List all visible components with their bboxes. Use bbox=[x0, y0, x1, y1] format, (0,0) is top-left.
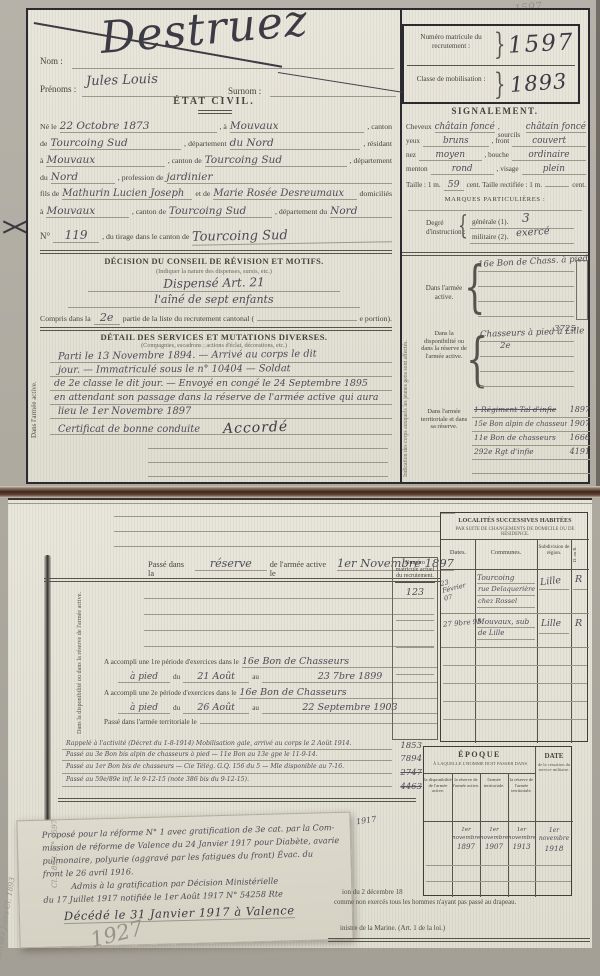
periode-2-label: A accompli une 2e période d'exercices da… bbox=[104, 689, 236, 697]
residence-canton-value: Tourcoing Sud bbox=[205, 154, 347, 167]
blank-rule bbox=[443, 683, 587, 684]
birth-departement-value: du Nord bbox=[230, 137, 361, 150]
localites-header-line bbox=[441, 539, 589, 540]
territoriale-number-2: 1907 bbox=[570, 419, 590, 428]
epoque-value-reserve-month: 1er novembre bbox=[452, 827, 480, 841]
taille-rectifiee-blank bbox=[545, 185, 569, 187]
decision-line-2: l'aîné de sept enfants bbox=[114, 293, 314, 306]
periode-2-debut-value: 26 Août bbox=[183, 702, 249, 714]
instruction-militaire-label: militaire (2). bbox=[472, 233, 508, 241]
front-value: couvert bbox=[512, 136, 586, 147]
rappel-line-2: Passé au 3e Bon bis alpin de chasseurs à… bbox=[66, 751, 318, 758]
localites-row1-subdivision: Lille bbox=[539, 575, 561, 588]
localites-row1-dr: R bbox=[575, 574, 582, 585]
services-line-3: de 2e classe le dit jour. — Envoyé en co… bbox=[54, 378, 368, 389]
etat-civil-line-5: fils de Mathurin Lucien Joseph et de Mar… bbox=[40, 188, 392, 200]
numero-matricule-actuel-box: Numéro matricule actuel du recrutement. … bbox=[392, 557, 438, 740]
classe-value: 1893 bbox=[509, 69, 568, 97]
epoque-col-2: la réserve de l'armée active. bbox=[452, 777, 480, 788]
bouche-label: , bouche bbox=[485, 151, 509, 159]
de-label: de bbox=[40, 139, 47, 148]
cell-rule bbox=[477, 627, 535, 628]
disponibilite-matricule-number: 3725 bbox=[554, 324, 576, 334]
numero-matricule-actuel-value: 123 bbox=[393, 587, 437, 598]
matricule-brace bbox=[494, 30, 505, 60]
departement-du-label: , département du bbox=[275, 207, 327, 216]
localites-col-communes: Communes. bbox=[475, 549, 537, 556]
territoriale-number-3: 1666 bbox=[570, 433, 590, 442]
canton-de-label: , canton de bbox=[168, 156, 202, 165]
mother-name-value: Marie Rosée Desreumaux bbox=[213, 188, 356, 200]
services-rule bbox=[50, 376, 392, 377]
tirage-text: , du tirage dans le canton de bbox=[102, 232, 189, 241]
epoque-subtitle: À LAQUELLE L'HOMME DOIT PASSER DANS bbox=[426, 761, 534, 766]
localites-vline bbox=[571, 539, 572, 743]
territoriale-number-4: 4191 bbox=[570, 447, 590, 456]
prenoms-value: Jules Louis bbox=[86, 72, 158, 90]
departement-label: , département bbox=[184, 139, 226, 148]
yeux-value: bruns bbox=[423, 136, 489, 147]
nom-value: Destruez bbox=[98, 0, 310, 64]
epoque-value-territoriale-year: 1907 bbox=[485, 843, 503, 851]
taille-rectifiee-label: cent. Taille rectifiée : 1 m. bbox=[467, 181, 542, 189]
matricule-label: Numéro matricule du recrutement : bbox=[407, 33, 495, 52]
etat-civil-line-4: du Nord , profession de jardinier bbox=[40, 171, 392, 184]
scan-edge-shadow bbox=[596, 0, 600, 486]
birth-place-value: Mouvaux bbox=[230, 120, 364, 133]
a-label: à bbox=[40, 156, 43, 165]
localites-row2-subdivision: Lille bbox=[541, 619, 561, 629]
territoriale-entry-1: 1 Régiment Tal d'infie 1897 bbox=[474, 405, 590, 414]
corps-rule bbox=[480, 386, 574, 387]
a-label: , à bbox=[220, 122, 227, 131]
periode-1-label: A accompli une 1re période d'exercices d… bbox=[104, 658, 239, 666]
rappel-rule bbox=[62, 749, 392, 750]
du-label: du bbox=[173, 704, 180, 712]
territoriale-corps-4: 292e Rgt d'infie bbox=[474, 447, 567, 456]
armee-active-corps-value: 16e Bon de Chass. à pied bbox=[478, 254, 588, 270]
services-title: DÉTAIL DES SERVICES ET MUTATIONS DIVERSE… bbox=[28, 332, 400, 342]
services-line-2: jour. — Immatriculé sous le n° 10404 — S… bbox=[58, 363, 291, 376]
services-rule bbox=[50, 418, 392, 419]
classe-label: Classe de mobilisation : bbox=[407, 75, 495, 84]
armee-active-side-label: Dans l'armée active. bbox=[30, 340, 38, 480]
territoriale-corps-1: 1 Régiment Tal d'infie bbox=[474, 405, 567, 414]
visage-value: plein bbox=[522, 164, 586, 175]
localites-row2-commune-2: de Lille bbox=[478, 629, 504, 637]
nom-label: Nom : bbox=[40, 56, 63, 66]
services-line-5: lieu le 1er Novembre 1897 bbox=[58, 406, 191, 417]
birth-canton-value: Tourcoing Sud bbox=[50, 137, 181, 150]
compris-line: Compris dans la 2e partie de la liste du… bbox=[40, 311, 392, 325]
section-rule bbox=[40, 327, 392, 331]
parents-residence-value: Mouvaux bbox=[46, 205, 128, 218]
cell-rule bbox=[477, 595, 535, 596]
etat-civil-flourish bbox=[198, 110, 232, 114]
periode-1-line-1: A accompli une 1re période d'exercices d… bbox=[104, 656, 438, 668]
corps-rule bbox=[472, 473, 590, 474]
passe-territoriale-line: Passé dans l'armée territoriale le bbox=[104, 718, 438, 726]
footnote-3: inistre de la Marine. (Art. 1 de la loi.… bbox=[340, 924, 445, 932]
epoque-value-reserve-territoriale-month: 1er novembre bbox=[508, 827, 536, 841]
cell-rule bbox=[539, 589, 569, 590]
du-label: du bbox=[173, 673, 180, 681]
blank-rule bbox=[114, 546, 440, 547]
ne-le-label: Né le bbox=[40, 122, 57, 131]
residence-departement-value: Nord bbox=[51, 171, 115, 184]
passe-text: de l'armée active le bbox=[270, 560, 334, 578]
residant-label: , résidant bbox=[363, 139, 392, 148]
yeux-label: yeux bbox=[406, 137, 420, 145]
cell-rule bbox=[477, 639, 535, 640]
epoque-col-1: la disponibilité de l'armée active. bbox=[424, 777, 452, 794]
front-label: , front bbox=[492, 137, 510, 145]
decision-rule-2 bbox=[68, 307, 360, 308]
domicilies-label: domiciliés bbox=[360, 189, 392, 198]
epoque-table: ÉPOQUE À LAQUELLE L'HOMME DOIT PASSER DA… bbox=[423, 746, 572, 896]
localites-row2-dr: R bbox=[575, 618, 582, 629]
matricule-box-divider bbox=[407, 65, 575, 66]
localites-col-subdivision: Subdivision de région. bbox=[537, 545, 571, 557]
page-2-verso: Passé dans la réserve de l'armée active … bbox=[8, 498, 592, 948]
periode-1-corps-suite: à pied bbox=[118, 672, 170, 683]
localites-row1-commune: Tourcoing bbox=[477, 573, 515, 582]
instruction-rule bbox=[470, 243, 574, 244]
rappel-rule bbox=[62, 786, 392, 787]
decision-rule-1 bbox=[88, 291, 340, 292]
epoque-value-territoriale-month: 1er novembre bbox=[480, 827, 508, 841]
periode-1-debut-value: 21 Août bbox=[183, 671, 249, 683]
parents-canton-value: Tourcoing Sud bbox=[169, 205, 272, 218]
bloc-territoriale-label: Dans l'armée territoriale et dans sa rés… bbox=[418, 408, 470, 431]
epoque-value-cessation: 1er novembre 1918 bbox=[536, 827, 572, 854]
corps-rule bbox=[478, 271, 574, 272]
corps-rule bbox=[478, 316, 574, 317]
blank-rule bbox=[396, 674, 434, 675]
parents-departement-value: Nord bbox=[330, 205, 392, 218]
rappel-line-1: Rappelé à l'activité (Décret du 1-8-1914… bbox=[66, 740, 352, 747]
au-label: au bbox=[252, 704, 259, 712]
epoque-value-cessation-month: 1er novembre bbox=[539, 827, 569, 842]
marques-blank-rule bbox=[408, 210, 582, 211]
taille-label: Taille : 1 m. bbox=[406, 181, 441, 189]
passe-categorie-value: réserve bbox=[195, 557, 267, 571]
epoque-value-reserve: 1er novembre 1897 bbox=[452, 827, 480, 852]
territoriale-number-1: 1897 bbox=[570, 405, 590, 414]
corps-rule bbox=[472, 431, 590, 432]
name-flourish-tail bbox=[278, 72, 403, 93]
localites-vline bbox=[475, 539, 476, 743]
et-de-label: et de bbox=[195, 189, 210, 198]
decision-subtitle: (Indiquer la nature des dispenses, sursi… bbox=[28, 268, 400, 275]
scanned-military-record: 1597 Nom : Destruez Prénoms : Jules Loui… bbox=[0, 0, 600, 976]
taille-value: 59 bbox=[444, 179, 464, 191]
footnote-1: ion du 2 décembre 18 bbox=[342, 888, 403, 896]
periode-2-corps-suite: à pied bbox=[118, 703, 170, 714]
localites-title: LOCALITÉS SUCCESSIVES HABITÉES bbox=[441, 517, 589, 524]
services-subtitle: (Compagnies, escadrons ; actions d'éclat… bbox=[28, 342, 400, 349]
numero-label: N° bbox=[40, 231, 50, 241]
instruction-generale-value: 3 bbox=[522, 211, 530, 225]
pasted-reform-note: Proposé pour la réforme N° 1 avec gratif… bbox=[16, 812, 353, 949]
compris-blank bbox=[257, 319, 356, 321]
au-label: au bbox=[252, 673, 259, 681]
compris-end: e portion). bbox=[360, 314, 392, 323]
corps-column-caption: Indication des corps auxquels les jeunes… bbox=[403, 336, 409, 482]
numero-box-divider bbox=[395, 582, 435, 583]
localites-row-sep bbox=[441, 647, 589, 648]
blank-rule bbox=[443, 701, 587, 702]
nez-label: nez bbox=[406, 151, 416, 159]
sourcils-value: châtain foncé bbox=[526, 122, 586, 133]
disponibilite-side-label: Dans la disponibilité ou dans la réserve… bbox=[76, 588, 83, 738]
epoque-value-cessation-year: 1918 bbox=[545, 844, 564, 853]
corps-rule bbox=[472, 445, 590, 446]
disponibilite-corps-value-2: 2e bbox=[500, 341, 511, 351]
services-line-1: Parti le 13 Novembre 1894. — Arrivé au c… bbox=[58, 349, 317, 363]
localites-row-sep bbox=[441, 613, 589, 614]
epoque-date-header: DATE bbox=[535, 752, 573, 760]
tirage-canton-value: Tourcoing Sud bbox=[192, 226, 392, 245]
canton-label: , canton bbox=[367, 122, 392, 131]
bouche-value: ordinaire bbox=[512, 150, 586, 161]
top-inner-rule bbox=[8, 503, 592, 504]
corps-rule bbox=[480, 341, 574, 342]
bottom-rule bbox=[328, 938, 590, 942]
fils-de-label: fils de bbox=[40, 189, 59, 198]
blank-rule bbox=[396, 620, 434, 621]
classe-brace bbox=[494, 70, 505, 100]
surnom-label: Surnom : bbox=[228, 86, 261, 96]
blank-rule bbox=[443, 719, 587, 720]
tirage-line: N° 119 , du tirage dans le canton de Tou… bbox=[40, 228, 392, 244]
localites-row1-commune-2: rue Delaquerière bbox=[478, 585, 535, 593]
instruction-militaire-value: exercé bbox=[516, 226, 550, 239]
note-year-annotation: 1917 bbox=[355, 815, 376, 827]
corps-rule bbox=[478, 286, 574, 287]
section-rule bbox=[58, 798, 416, 802]
rappel-number-1: 1853 bbox=[394, 741, 422, 751]
epoque-value-reserve-territoriale-year: 1913 bbox=[513, 843, 531, 851]
rappel-rule bbox=[62, 760, 392, 761]
corps-rule bbox=[472, 459, 590, 460]
periode-2-line-2: à pied du 26 Août au 22 Septembre 1903 bbox=[118, 702, 438, 714]
rappel-line-4: Passé au 59e/89e inf. le 9-12-15 (note 3… bbox=[66, 776, 249, 783]
du-label: du bbox=[40, 173, 48, 182]
prenoms-label: Prénoms : bbox=[40, 84, 76, 94]
numero-matricule-actuel-header: Numéro matricule actuel du recrutement. bbox=[393, 558, 437, 582]
localites-subtitle: PAR SUITE DE CHANGEMENTS DE DOMICILE OU … bbox=[443, 527, 587, 537]
corps-rule bbox=[478, 301, 574, 302]
blank-rule bbox=[148, 462, 388, 463]
marques-label: MARQUES PARTICULIÈRES : bbox=[402, 196, 588, 203]
compris-text: partie de la liste du recrutement canton… bbox=[123, 314, 254, 323]
nom-blank-rule bbox=[72, 68, 394, 69]
territoriale-entry-2: 15e Bon alpin de chasseurs à pied 1907 bbox=[474, 419, 590, 428]
blank-rule bbox=[114, 516, 440, 517]
services-line-4: en attendant son passage dans la réserve… bbox=[54, 392, 378, 403]
epoque-col-4: la réserve de l'armée territoriale. bbox=[508, 777, 535, 794]
decision-line-1: Dispensé Art. 21 bbox=[114, 274, 314, 291]
birth-date-value: 22 Octobre 1873 bbox=[60, 120, 217, 133]
epoque-values-line bbox=[424, 821, 573, 822]
blank-rule bbox=[148, 476, 388, 477]
etat-civil-line-2: de Tourcoing Sud , département du Nord ,… bbox=[40, 137, 392, 150]
blank-rule bbox=[426, 881, 571, 882]
rappel-number-2: 7894 bbox=[394, 754, 422, 764]
territoriale-corps-3: 11e Bon de chasseurs bbox=[474, 433, 567, 442]
rappel-line-3: Passé au 1er Bon bis de chasseurs — Cie … bbox=[66, 763, 344, 770]
blank-rule bbox=[443, 665, 587, 666]
section-rule bbox=[44, 578, 440, 582]
compris-value: 2e bbox=[94, 311, 120, 325]
blank-rule bbox=[144, 614, 434, 615]
matricule-value: 1597 bbox=[507, 29, 575, 58]
localites-row1-date: 23 Février 07 bbox=[440, 573, 476, 602]
etat-civil-title: ÉTAT CIVIL. bbox=[28, 96, 400, 107]
rappel-rule bbox=[62, 773, 392, 774]
services-rule bbox=[50, 390, 392, 391]
epoque-value-territoriale: 1er novembre 1907 bbox=[480, 827, 508, 852]
passe-label: Passé dans la bbox=[148, 560, 192, 578]
blank-rule bbox=[114, 531, 440, 532]
services-rule bbox=[50, 404, 392, 405]
cell-rule bbox=[477, 607, 535, 608]
section-rule bbox=[40, 250, 392, 254]
matricule-mini-column bbox=[576, 260, 588, 320]
pencil-class-margin-note: Cl. 1893. N° 1597 bbox=[50, 798, 59, 910]
localites-row2-commune: Mouvaux, sub bbox=[477, 617, 529, 626]
a-label: à bbox=[40, 207, 43, 216]
etat-civil-line-1: Né le 22 Octobre 1873 , à Mouvaux , cant… bbox=[40, 120, 392, 133]
localites-col-dates: Dates. bbox=[441, 549, 475, 556]
corps-rule bbox=[480, 356, 574, 357]
cheveux-label: Cheveux bbox=[406, 123, 432, 131]
etat-civil-line-3: à Mouvaux , canton de Tourcoing Sud , dé… bbox=[40, 154, 392, 167]
territoriale-entry-3: 11e Bon de chasseurs 1666 bbox=[474, 433, 590, 442]
visage-label: , visage bbox=[497, 165, 519, 173]
profession-value: jardinier bbox=[167, 171, 393, 184]
etat-civil-line-6: à Mouvaux , canton de Tourcoing Sud , dé… bbox=[40, 205, 392, 218]
rappel-number-4: 4463 bbox=[394, 782, 422, 792]
nez-value: moyen bbox=[419, 150, 482, 161]
cent-label: cent. bbox=[572, 181, 586, 189]
footnote-2: comme non exercés tous les hommes n'ayan… bbox=[334, 899, 516, 906]
blank-rule bbox=[396, 647, 434, 648]
cell-rule bbox=[477, 583, 535, 584]
instruction-brace bbox=[458, 213, 468, 239]
territoriale-entry-4: 292e Rgt d'infie 4191 bbox=[474, 447, 590, 456]
residence-value: Mouvaux bbox=[46, 154, 164, 167]
corps-rule bbox=[480, 371, 574, 372]
departement-label: , département bbox=[350, 156, 392, 165]
cell-rule bbox=[539, 633, 569, 634]
epoque-date-subheader: de la cessation du service militaire. bbox=[536, 762, 572, 773]
passe-territoriale-label: Passé dans l'armée territoriale le bbox=[104, 718, 197, 726]
father-name-value: Mathurin Lucien Joseph bbox=[62, 188, 192, 200]
decision-title: DÉCISION DU CONSEIL DE RÉVISION ET MOTIF… bbox=[28, 257, 400, 266]
profession-label: , profession de bbox=[118, 173, 164, 182]
taille-row: Taille : 1 m. 59 cent. Taille rectifiée … bbox=[406, 179, 586, 191]
epoque-value-reserve-territoriale: 1er novembre 1913 bbox=[508, 827, 535, 852]
epoque-value-reserve-year: 1897 bbox=[457, 843, 475, 851]
blank-rule bbox=[426, 865, 571, 866]
signalement-row-3: nez moyen , bouche ordinaire bbox=[406, 150, 586, 161]
epoque-title: ÉPOQUE bbox=[424, 750, 535, 759]
epoque-col-3: l'armée territoriale. bbox=[480, 777, 508, 788]
localites-vline bbox=[537, 539, 538, 743]
cell-rule bbox=[573, 589, 587, 590]
periode-1-line-2: à pied du 21 Août au 23 7bre 1899 bbox=[118, 671, 438, 683]
signalement-row-2: yeux bruns , front couvert bbox=[406, 136, 586, 147]
territoriale-corps-2: 15e Bon alpin de chasseurs à pied bbox=[474, 420, 567, 428]
page-separator-band bbox=[0, 486, 600, 498]
canton-de-label: , canton de bbox=[132, 207, 166, 216]
cheveux-value: châtain foncé bbox=[435, 122, 495, 133]
bloc-armee-active-label: Dans l'armée active. bbox=[420, 284, 468, 302]
localites-table: LOCALITÉS SUCCESSIVES HABITÉES PAR SUITE… bbox=[440, 512, 588, 742]
signalement-title: SIGNALEMENT. bbox=[402, 106, 588, 116]
corps-rule bbox=[472, 417, 590, 418]
menton-value: rond bbox=[431, 164, 494, 175]
matricule-box: Numéro matricule du recrutement : 1597 C… bbox=[402, 24, 580, 104]
blank-rule bbox=[144, 646, 434, 647]
cell-rule bbox=[441, 513, 455, 514]
page-1-recto: Nom : Destruez Prénoms : Jules Louis Sur… bbox=[26, 8, 590, 484]
tirage-number-value: 119 bbox=[53, 228, 99, 243]
signalement-row-4: menton rond , visage plein bbox=[406, 164, 586, 175]
localites-row1-commune-3: chez Rossel bbox=[478, 597, 517, 605]
periode-2-line-1: A accompli une 2e période d'exercices da… bbox=[104, 687, 438, 699]
menton-label: menton bbox=[406, 165, 428, 173]
deces-line: Décédé le 31 Janvier 1917 à Valence bbox=[64, 903, 295, 924]
bloc-disponibilite-label: Dans la disponibilité ou dans la réserve… bbox=[418, 330, 470, 361]
services-rule bbox=[50, 434, 392, 435]
rappel-number-3: 2747 bbox=[394, 768, 422, 778]
blank-rule bbox=[144, 598, 434, 599]
compris-label: Compris dans la bbox=[40, 314, 91, 323]
blank-rule bbox=[148, 448, 388, 449]
localites-col-dr: D. ou R. bbox=[572, 541, 588, 567]
instruction-generale-label: générale (1). bbox=[472, 218, 508, 226]
localites-header-bottom bbox=[441, 569, 589, 570]
blank-rule bbox=[144, 630, 434, 631]
